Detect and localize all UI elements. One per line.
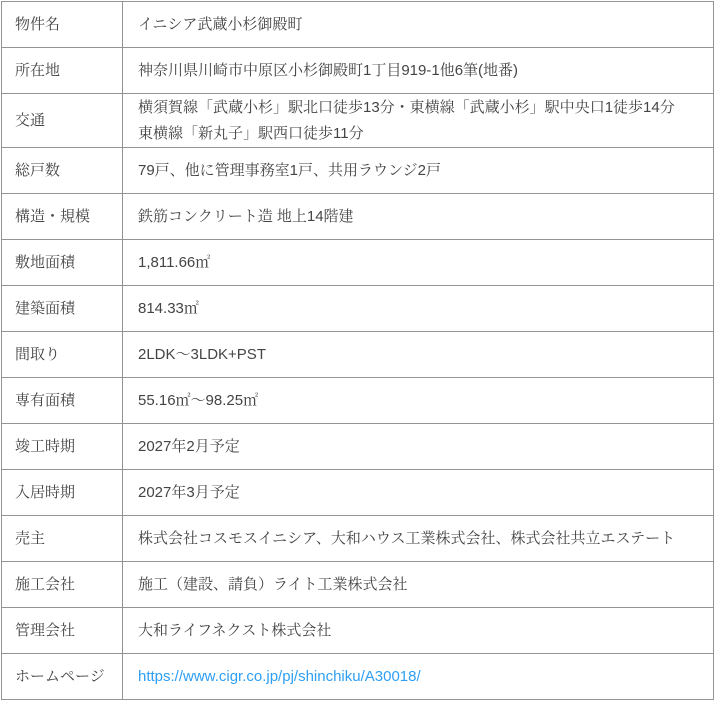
- table-row-completion-date: 竣工時期 2027年2月予定: [2, 424, 714, 470]
- table-row-constructor: 施工会社 施工（建設、請負）ライト工業株式会社: [2, 562, 714, 608]
- row-label: ホームページ: [2, 654, 123, 700]
- table-row-address: 所在地 神奈川県川崎市中原区小杉御殿町1丁目919-1他6筆(地番): [2, 48, 714, 94]
- row-label: 所在地: [2, 48, 123, 94]
- row-value: 2027年2月予定: [123, 424, 714, 470]
- row-label: 総戸数: [2, 148, 123, 194]
- row-label: 交通: [2, 94, 123, 148]
- row-value: 1,811.66㎡: [123, 240, 714, 286]
- table-row-management-company: 管理会社 大和ライフネクスト株式会社: [2, 608, 714, 654]
- table-row-move-in-date: 入居時期 2027年3月予定: [2, 470, 714, 516]
- table-row-floor-plan: 間取り 2LDK〜3LDK+PST: [2, 332, 714, 378]
- row-value: 施工（建設、請負）ライト工業株式会社: [123, 562, 714, 608]
- row-value: 鉄筋コンクリート造 地上14階建: [123, 194, 714, 240]
- row-label: 建築面積: [2, 286, 123, 332]
- row-value: 神奈川県川崎市中原区小杉御殿町1丁目919-1他6筆(地番): [123, 48, 714, 94]
- table-row-building-area: 建築面積 814.33㎡: [2, 286, 714, 332]
- row-label: 施工会社: [2, 562, 123, 608]
- table-row-seller: 売主 株式会社コスモスイニシア、大和ハウス工業株式会社、株式会社共立エステート: [2, 516, 714, 562]
- table-row-structure: 構造・規模 鉄筋コンクリート造 地上14階建: [2, 194, 714, 240]
- row-label: 管理会社: [2, 608, 123, 654]
- table-row-property-name: 物件名 イニシア武蔵小杉御殿町: [2, 2, 714, 48]
- row-value: 横須賀線「武蔵小杉」駅北口徒歩13分・東横線「武蔵小杉」駅中央口1徒歩14分 東…: [123, 94, 714, 148]
- row-label: 竣工時期: [2, 424, 123, 470]
- table-row-site-area: 敷地面積 1,811.66㎡: [2, 240, 714, 286]
- row-label: 間取り: [2, 332, 123, 378]
- property-spec-table: 物件名 イニシア武蔵小杉御殿町 所在地 神奈川県川崎市中原区小杉御殿町1丁目91…: [1, 1, 714, 700]
- row-value: 814.33㎡: [123, 286, 714, 332]
- property-spec-table-body: 物件名 イニシア武蔵小杉御殿町 所在地 神奈川県川崎市中原区小杉御殿町1丁目91…: [2, 2, 714, 700]
- row-value: 大和ライフネクスト株式会社: [123, 608, 714, 654]
- row-label: 構造・規模: [2, 194, 123, 240]
- row-value: 株式会社コスモスイニシア、大和ハウス工業株式会社、株式会社共立エステート: [123, 516, 714, 562]
- row-value: イニシア武蔵小杉御殿町: [123, 2, 714, 48]
- row-label: 売主: [2, 516, 123, 562]
- row-label: 専有面積: [2, 378, 123, 424]
- row-label: 入居時期: [2, 470, 123, 516]
- row-label: 物件名: [2, 2, 123, 48]
- row-label: 敷地面積: [2, 240, 123, 286]
- row-value: 55.16㎡〜98.25㎡: [123, 378, 714, 424]
- row-value: 2027年3月予定: [123, 470, 714, 516]
- homepage-link[interactable]: https://www.cigr.co.jp/pj/shinchiku/A300…: [138, 668, 421, 685]
- table-row-transport: 交通 横須賀線「武蔵小杉」駅北口徒歩13分・東横線「武蔵小杉」駅中央口1徒歩14…: [2, 94, 714, 148]
- row-value: https://www.cigr.co.jp/pj/shinchiku/A300…: [123, 654, 714, 700]
- row-value: 79戸、他に管理事務室1戸、共用ラウンジ2戸: [123, 148, 714, 194]
- table-row-exclusive-area: 専有面積 55.16㎡〜98.25㎡: [2, 378, 714, 424]
- table-row-total-units: 総戸数 79戸、他に管理事務室1戸、共用ラウンジ2戸: [2, 148, 714, 194]
- table-row-homepage: ホームページ https://www.cigr.co.jp/pj/shinchi…: [2, 654, 714, 700]
- row-value: 2LDK〜3LDK+PST: [123, 332, 714, 378]
